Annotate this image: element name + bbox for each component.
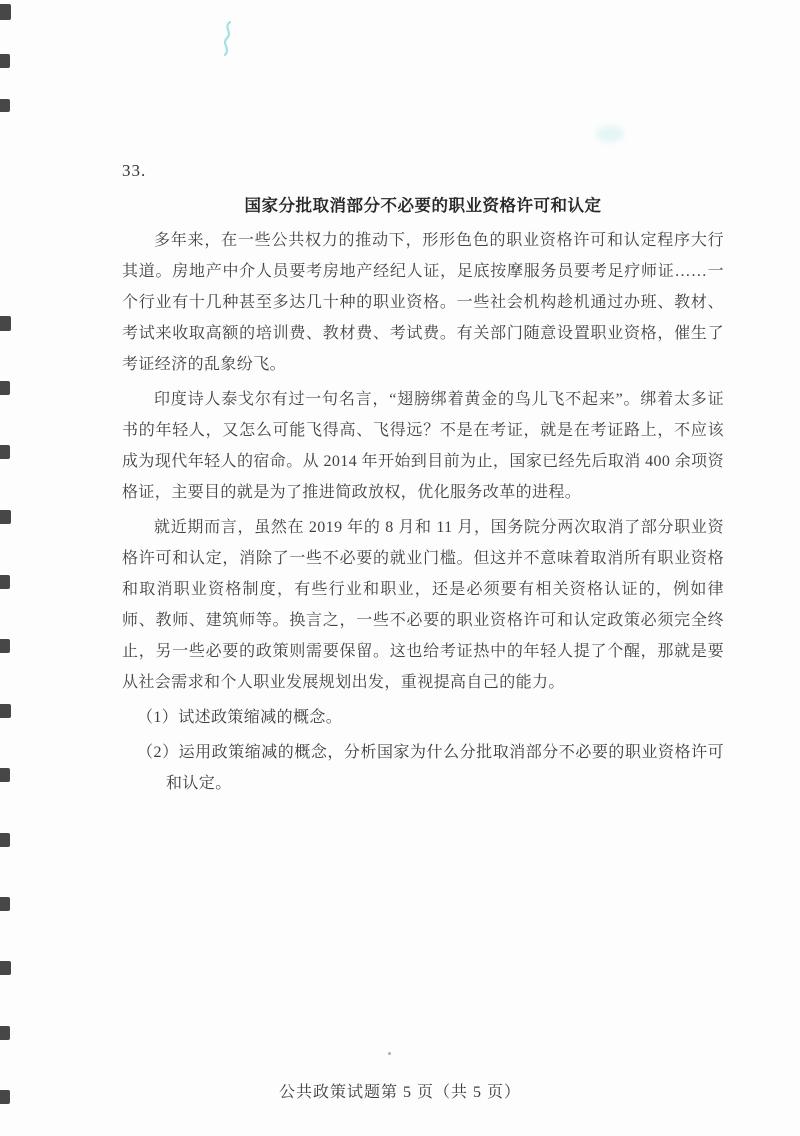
question-block: 33. 国家分批取消部分不必要的职业资格许可和认定 多年来，在一些公共权力的推动… bbox=[122, 161, 724, 799]
sub-question-1-text: 试述政策缩减的概念。 bbox=[178, 709, 342, 726]
scan-edge-mark bbox=[0, 99, 10, 112]
scan-edge-mark bbox=[0, 961, 11, 975]
scan-edge-mark bbox=[0, 897, 10, 911]
page-footer-label: 公共政策试题第 5 页（共 5 页） bbox=[279, 1084, 521, 1101]
sub-question-2: （2）运用政策缩减的概念，分析国家为什么分批取消部分不必要的职业资格许可和认定。 bbox=[122, 737, 724, 799]
scan-edge-mark bbox=[0, 445, 10, 459]
pen-squiggle-mark bbox=[220, 20, 238, 58]
sub-question-2-label: （2） bbox=[137, 744, 179, 761]
scan-edge-mark bbox=[0, 768, 10, 782]
scan-edge-mark bbox=[0, 54, 10, 68]
scan-edge-mark bbox=[0, 575, 10, 589]
scan-edge-mark bbox=[0, 1090, 10, 1104]
sub-question-1-label: （1） bbox=[137, 709, 178, 726]
scan-edge-mark bbox=[0, 316, 11, 331]
page-footer: 公共政策试题第 5 页（共 5 页） bbox=[0, 1079, 800, 1102]
sub-question-1: （1）试述政策缩减的概念。 bbox=[122, 702, 724, 733]
scan-edge-mark bbox=[0, 381, 10, 395]
scan-edge-mark bbox=[0, 510, 11, 524]
scan-speck bbox=[388, 1052, 391, 1055]
scan-edge-mark bbox=[0, 704, 11, 718]
question-number: 33. bbox=[122, 161, 724, 181]
passage-paragraph: 印度诗人泰戈尔有过一句名言，“翅膀绑着黄金的鸟儿飞不起来”。绑着太多证书的年轻人… bbox=[122, 384, 724, 508]
scanned-exam-page: 33. 国家分批取消部分不必要的职业资格许可和认定 多年来，在一些公共权力的推动… bbox=[0, 0, 800, 1136]
passage-title: 国家分批取消部分不必要的职业资格许可和认定 bbox=[122, 195, 724, 217]
passage-paragraph: 多年来，在一些公共权力的推动下，形形色色的职业资格许可和认定程序大行其道。房地产… bbox=[122, 225, 724, 380]
sub-questions: （1）试述政策缩减的概念。 （2）运用政策缩减的概念，分析国家为什么分批取消部分… bbox=[122, 702, 724, 799]
passage-paragraph: 就近期而言，虽然在 2019 年的 8 月和 11 月，国务院分两次取消了部分职… bbox=[122, 512, 724, 698]
sub-question-2-text: 运用政策缩减的概念，分析国家为什么分批取消部分不必要的职业资格许可和认定。 bbox=[166, 744, 724, 792]
scan-edge-mark bbox=[0, 1026, 10, 1040]
ink-smudge bbox=[596, 126, 624, 142]
scan-edge-mark bbox=[0, 833, 10, 847]
scan-edge-mark bbox=[0, 4, 11, 20]
scan-edge-mark bbox=[0, 639, 10, 653]
